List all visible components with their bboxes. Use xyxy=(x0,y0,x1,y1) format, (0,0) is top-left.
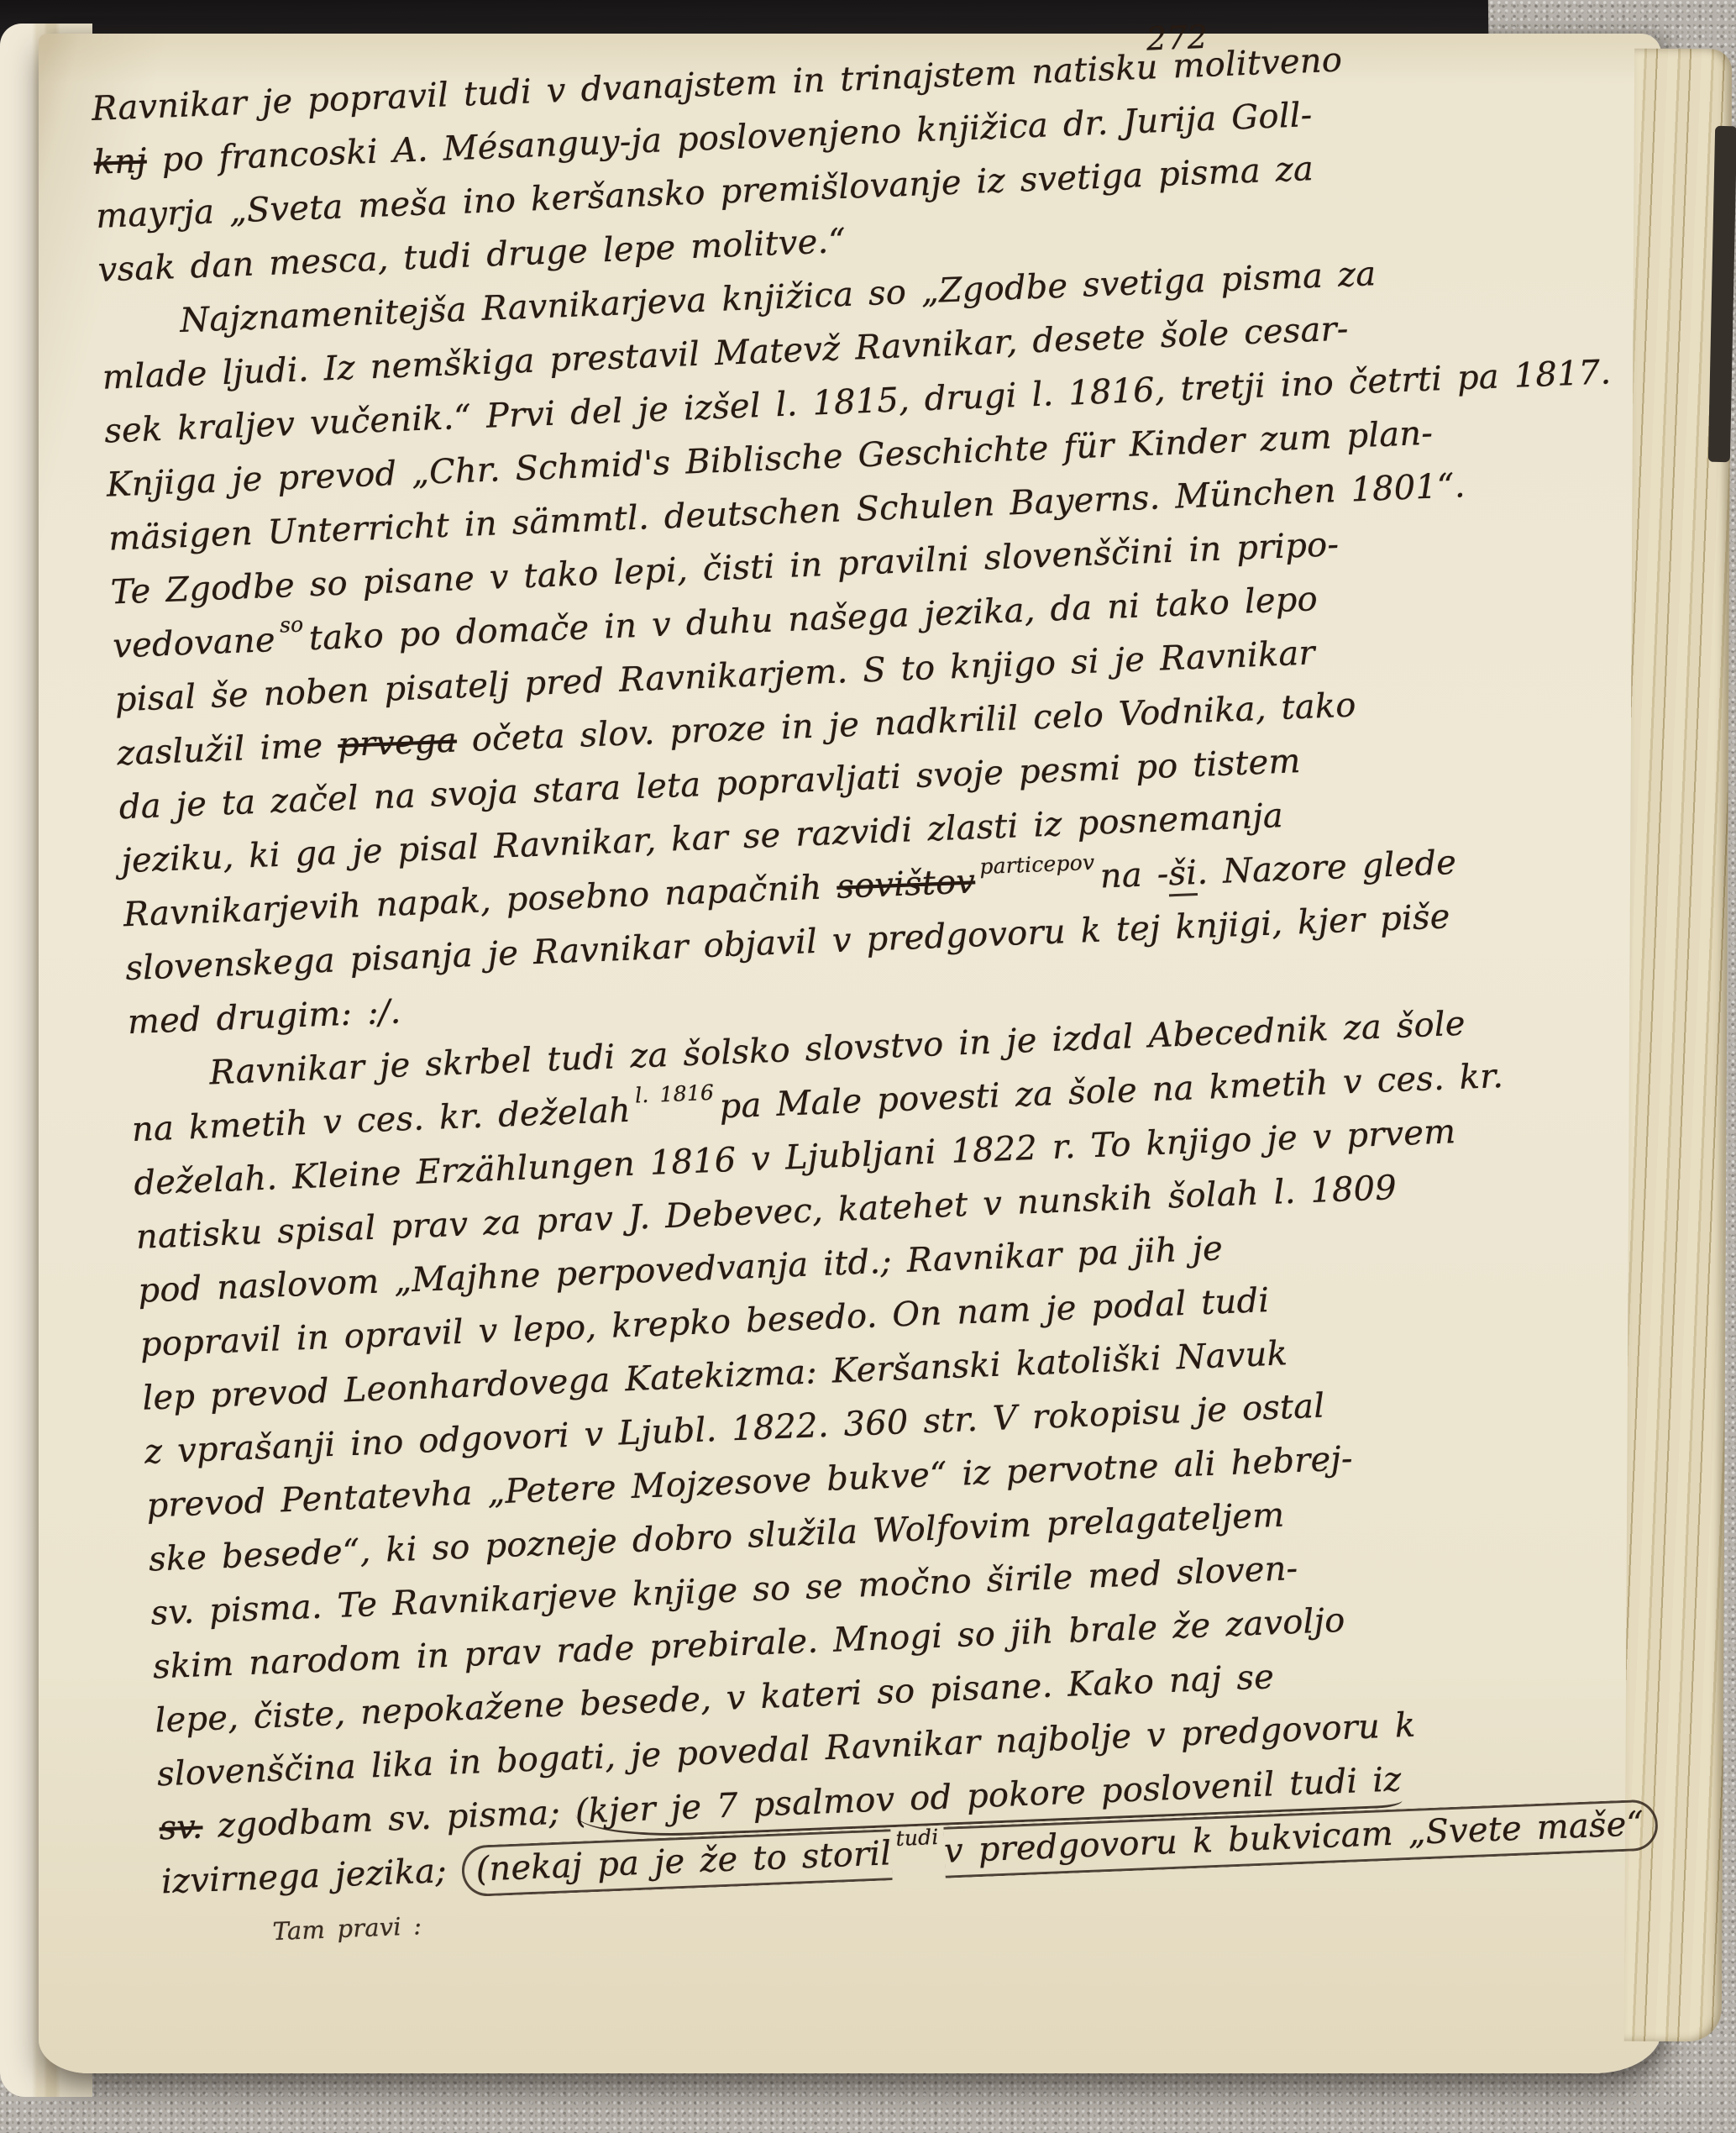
text-segment: knj xyxy=(93,141,148,181)
text-segment: zgodbam sv. pisma; xyxy=(202,1793,575,1846)
text-segment: Tam pravi : xyxy=(272,1911,422,1946)
text-segment: prvega xyxy=(337,722,457,765)
text-segment: ši xyxy=(1168,854,1198,896)
manuscript-text: 272 Ravnikar je popravil tudi v dvanajst… xyxy=(91,21,1730,1962)
text-segment: sv. xyxy=(159,1807,203,1847)
text-segment: tudi xyxy=(895,1825,939,1851)
text-segment: l. 1816 xyxy=(635,1080,715,1108)
text-segment: med drugim: :/. xyxy=(127,992,401,1042)
text-segment: . Nazore glede xyxy=(1196,843,1457,892)
text-segment: so xyxy=(279,612,303,638)
text-segment: particepov xyxy=(979,850,1095,879)
text-segment: vedovane xyxy=(112,621,275,666)
text-segment: izvirnega jezika; xyxy=(160,1851,462,1901)
page-number: 272 xyxy=(1146,10,1209,66)
manuscript-photo: 272 Ravnikar je popravil tudi v dvanajst… xyxy=(0,0,1736,2133)
text-segment: zaslužil ime xyxy=(117,726,339,773)
text-segment: sovištov xyxy=(836,862,976,906)
text-segment: na - xyxy=(1099,854,1169,896)
